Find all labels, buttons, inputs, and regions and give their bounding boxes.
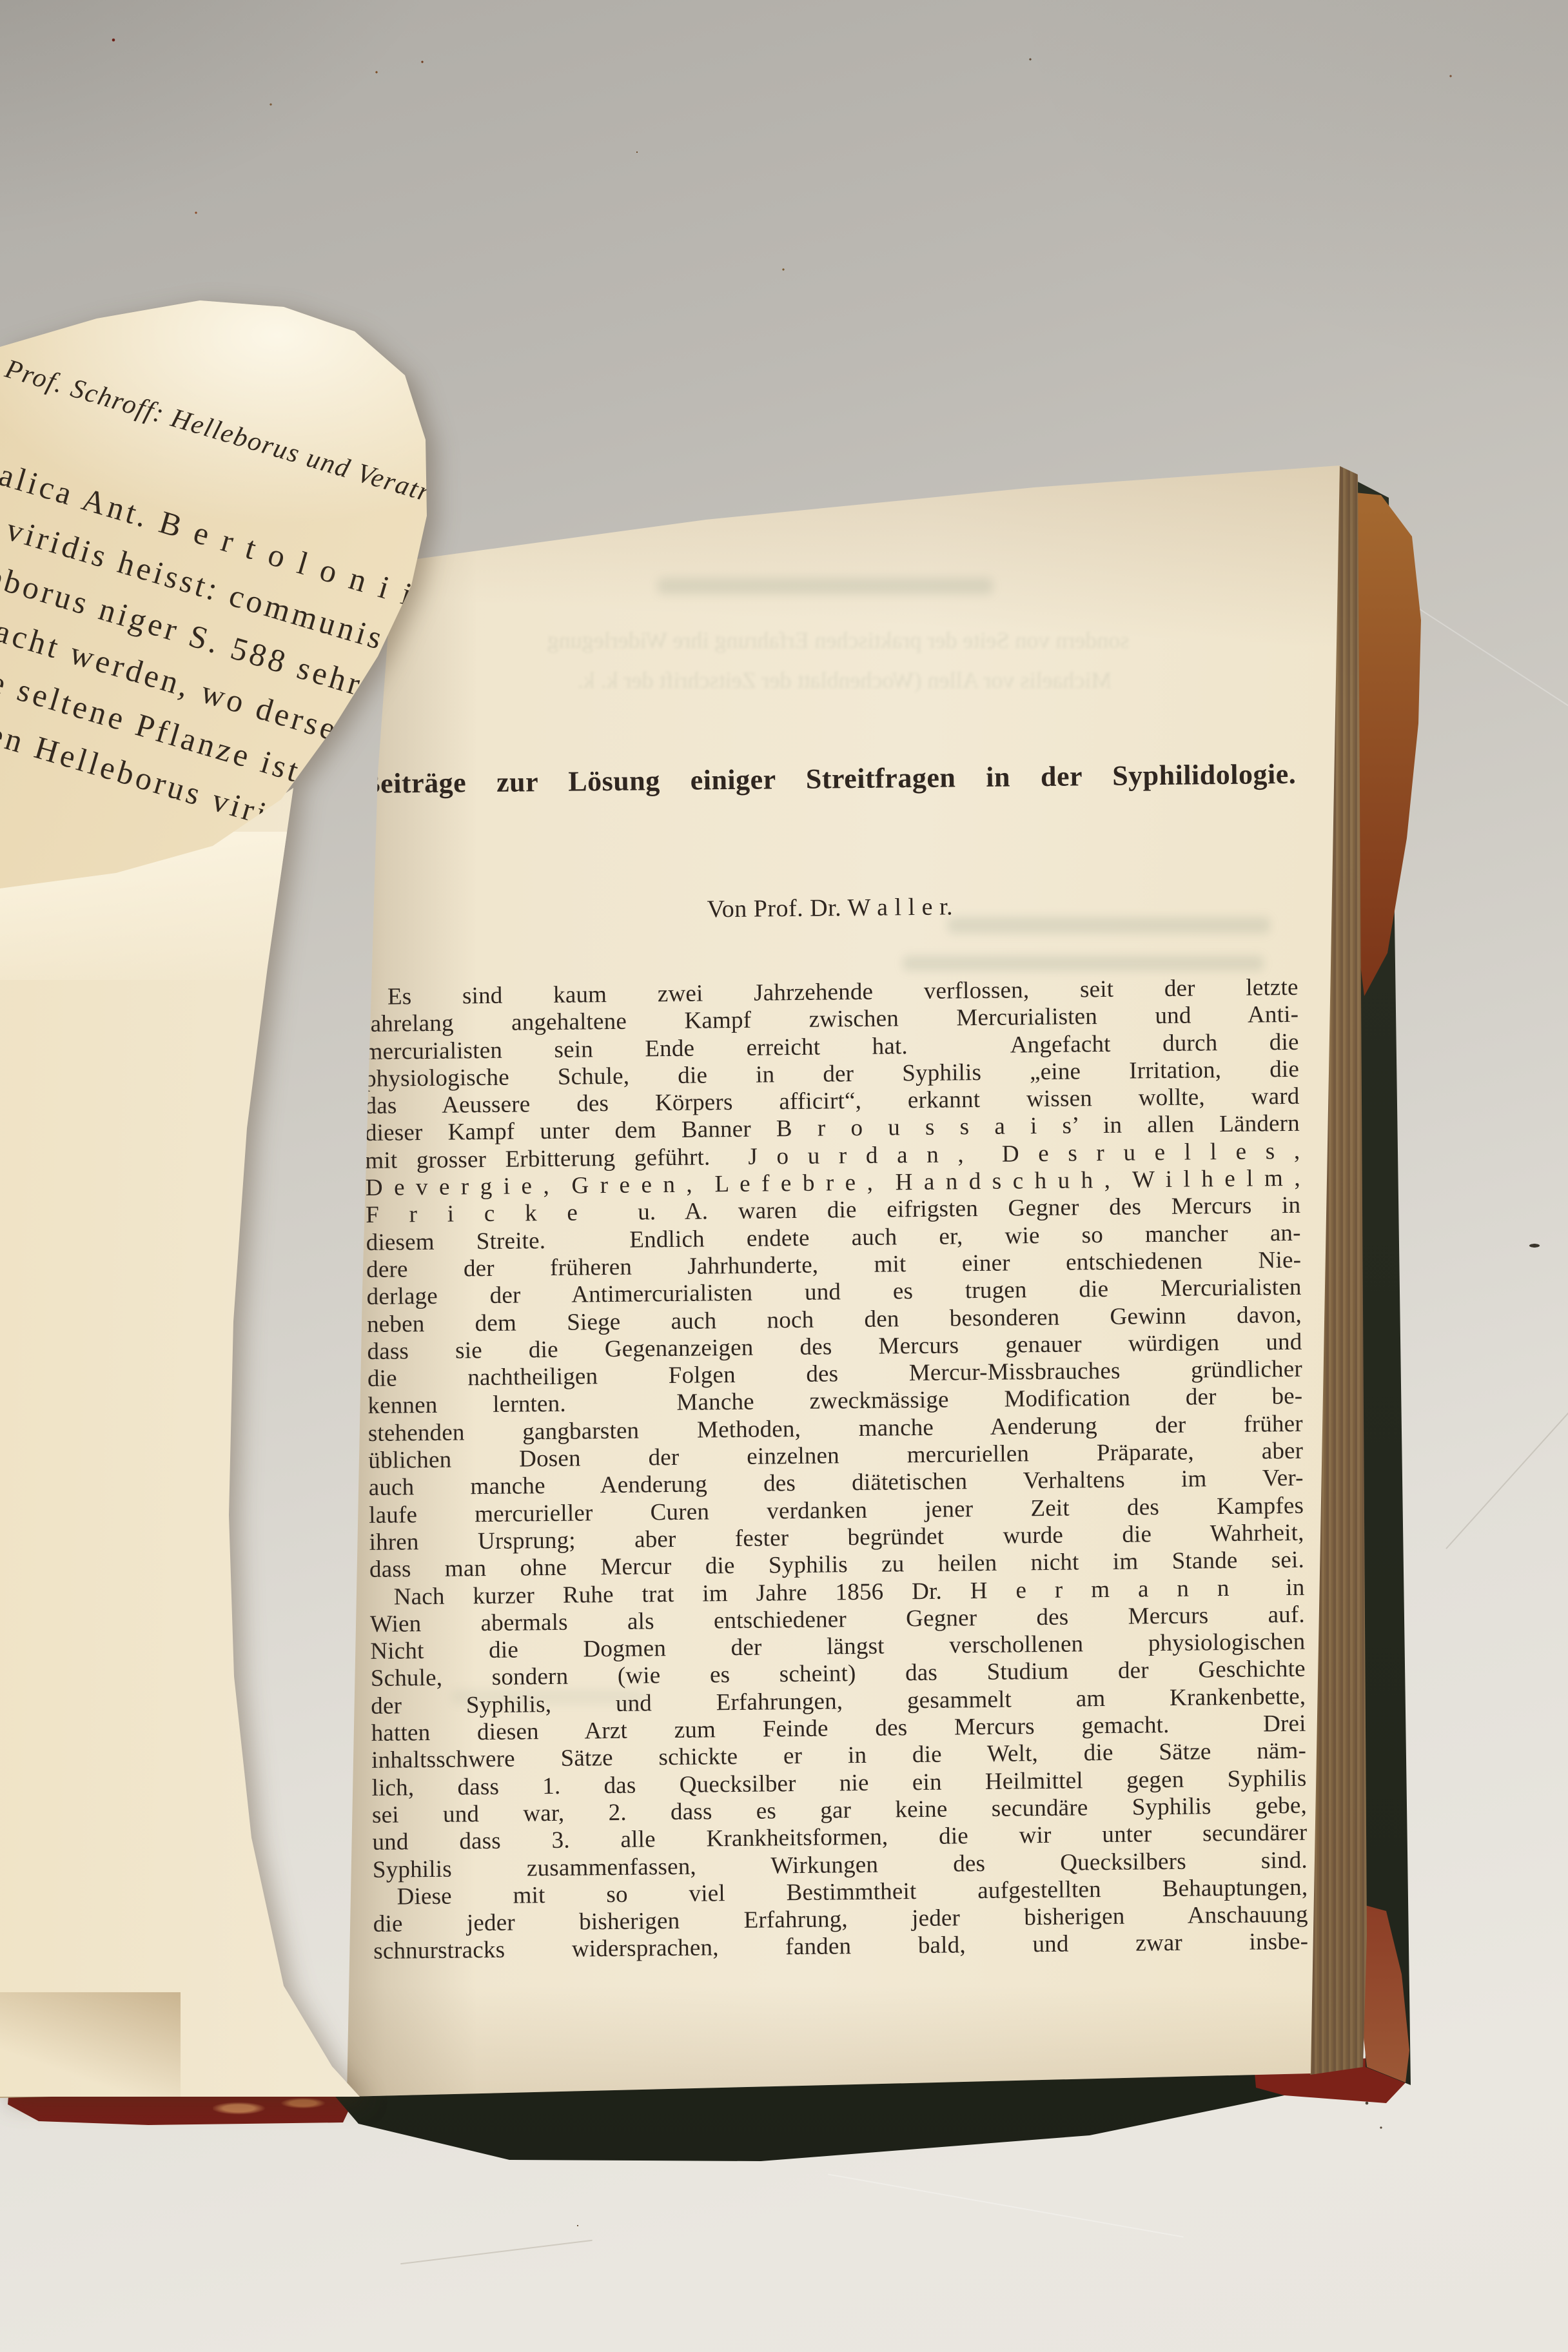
book-photo: sondern von Seite der praktischen Erfahr… (0, 0, 1568, 2352)
turning-page: Prof. Schroff: Helleborus und Veratrum. … (0, 0, 1568, 2352)
verso-foot-shading (0, 1992, 181, 2102)
